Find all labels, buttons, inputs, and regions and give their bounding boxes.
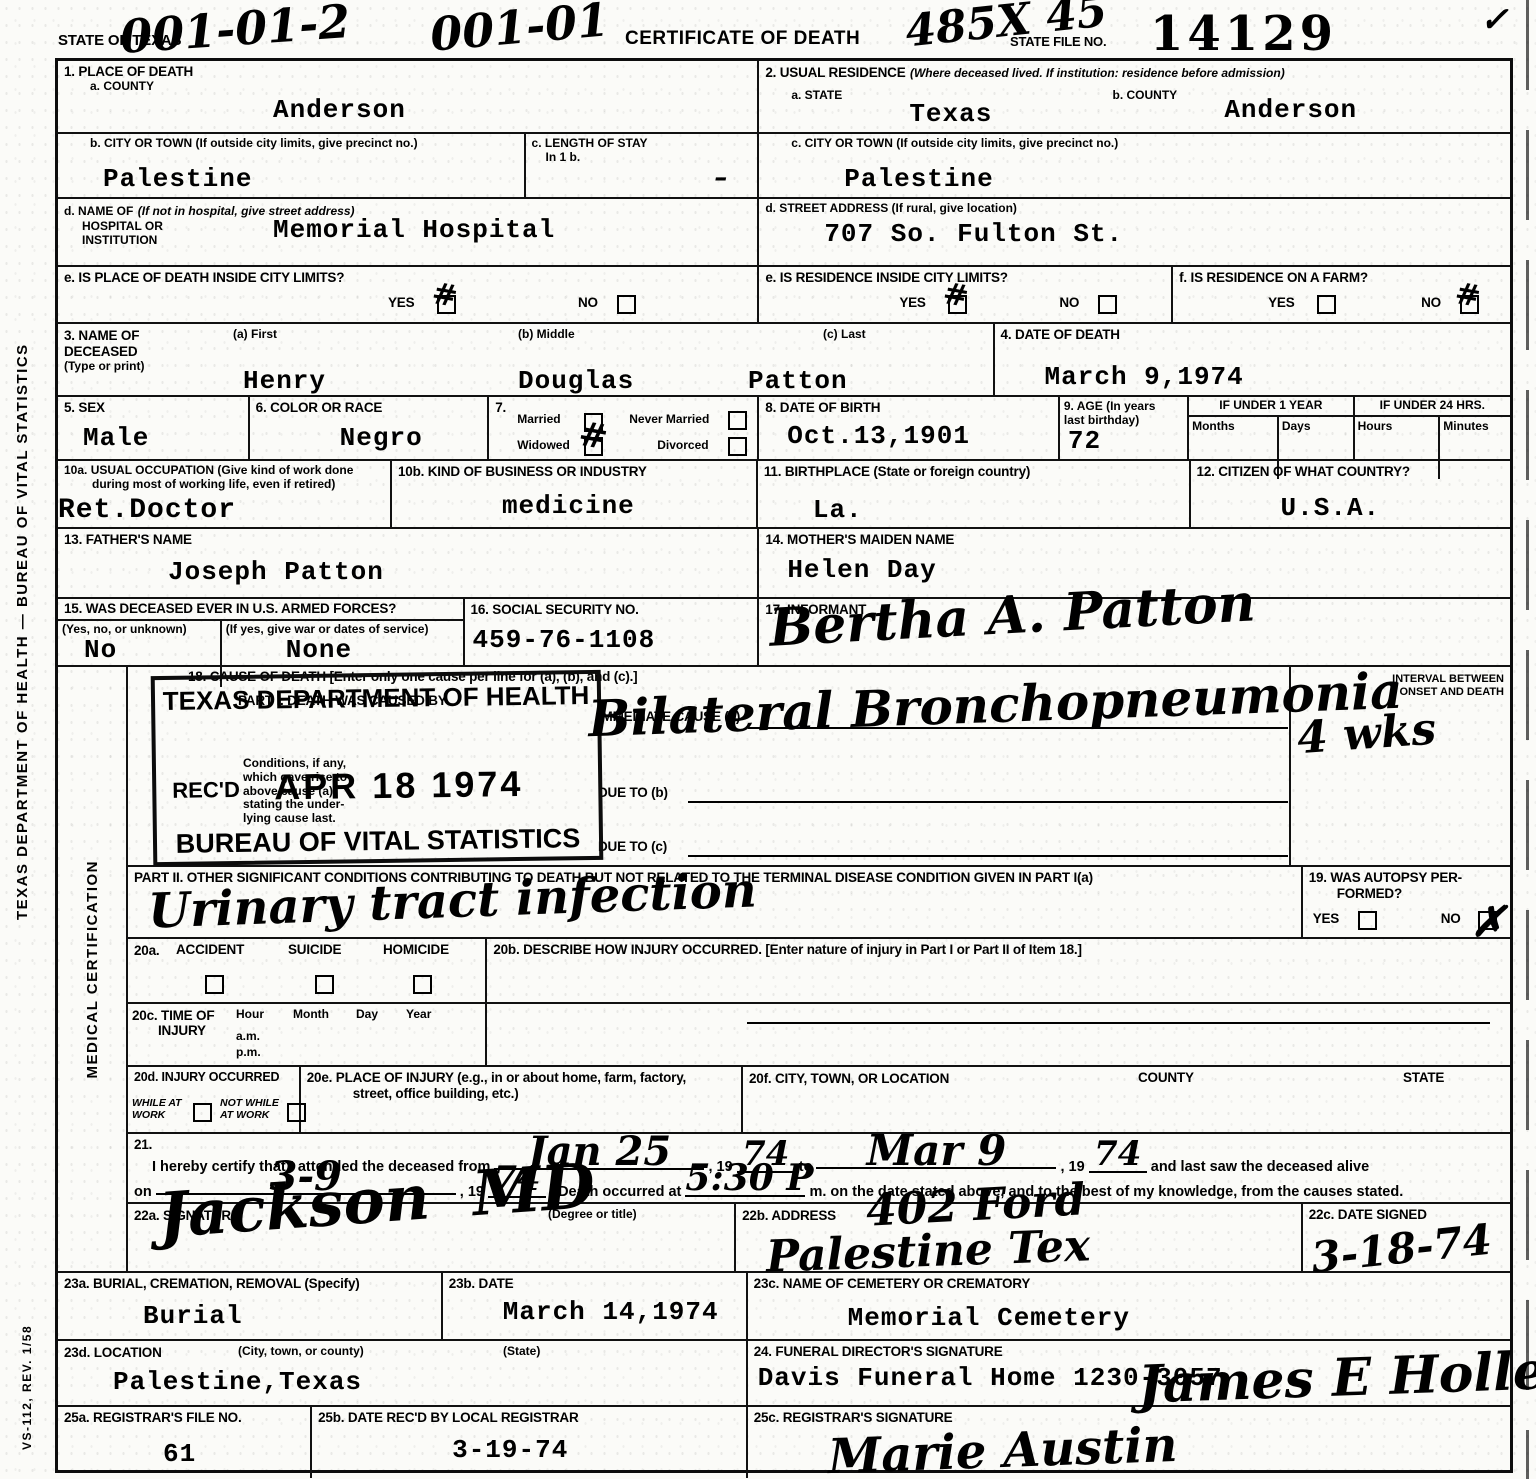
am-label: a.m.	[236, 1030, 260, 1044]
field-social-security: 16. SOCIAL SECURITY NO. 459-76-1108	[465, 599, 760, 665]
death-limits-yes-label: YES	[388, 295, 414, 311]
accident-label: ACCIDENT	[176, 942, 244, 958]
homicide-label: HOMICIDE	[383, 942, 449, 958]
middle-name-value: Douglas	[518, 368, 634, 394]
year-prefix-2: , 19	[1061, 1159, 1085, 1175]
first-name-label: (a) First	[233, 328, 277, 342]
first-name-value: Henry	[243, 368, 326, 394]
hospital-label-1: d. NAME OF	[64, 204, 133, 218]
field-informant: 17. INFORMANT Bertha A. Patton	[759, 599, 1510, 665]
deceased-label-1: 3. NAME OF	[64, 328, 139, 344]
stamp-recd-label: REC'D	[172, 777, 240, 804]
field-if-under-24-hrs: IF UNDER 24 HRS. Hours Minutes	[1355, 397, 1510, 459]
pm-label: p.m.	[236, 1046, 261, 1060]
address-label: 22b. ADDRESS	[742, 1208, 836, 1223]
citizen-value: U.S.A.	[1281, 495, 1381, 521]
medical-certification-label: MEDICAL CERTIFICATION	[84, 860, 101, 1078]
field-name-of-deceased: 3. NAME OF DECEASED (Type or print) (a) …	[58, 324, 995, 395]
place-of-injury-label-1: 20e. PLACE OF INJURY (e.g., in or about …	[307, 1070, 735, 1086]
field-registrar-signature: 25c. REGISTRAR'S SIGNATURE Marie Austin	[748, 1407, 1510, 1478]
while-at-label: WHILE AT	[132, 1097, 182, 1109]
field-death-inside-city-limits: e. IS PLACE OF DEATH INSIDE CITY LIMITS?…	[58, 267, 759, 322]
place-county-value: Anderson	[273, 97, 406, 123]
length-of-stay-value: –	[714, 163, 727, 193]
mother-label: 14. MOTHER'S MAIDEN NAME	[765, 532, 1504, 548]
farm-no-mark: #	[1453, 279, 1483, 313]
death-limits-yes-mark: #	[430, 279, 460, 313]
time-injury-label-2: INJURY	[158, 1023, 206, 1039]
citizen-label: 12. CITIZEN OF WHAT COUNTRY?	[1197, 464, 1504, 480]
under-24-label: IF UNDER 24 HRS.	[1355, 397, 1510, 417]
certify-text-2: and last saw the deceased alive	[1151, 1159, 1369, 1175]
field-length-of-stay: c. LENGTH OF STAY In 1 b. –	[526, 134, 760, 197]
date-of-death-label: 4. DATE OF DEATH	[1001, 327, 1504, 343]
while-at-work-label: WHILE AT WORK	[132, 1097, 182, 1121]
death-limits-yes-checkbox: #	[437, 295, 456, 314]
residence-limits-yes-mark: #	[941, 279, 971, 313]
residence-county-value: Anderson	[1224, 97, 1357, 123]
location-sub-1: (City, town, or county)	[238, 1345, 364, 1359]
residence-limits-no-checkbox	[1098, 295, 1117, 314]
injury-city-label: 20f. CITY, TOWN, OR LOCATION	[749, 1071, 949, 1086]
field-burial-date: 23b. DATE March 14,1974	[443, 1273, 748, 1339]
field-date-of-birth: 8. DATE OF BIRTH Oct.13,1901	[759, 397, 1060, 459]
farm-yes-checkbox	[1317, 295, 1336, 314]
date-received-label: 25b. DATE REC'D BY LOCAL REGISTRAR	[318, 1410, 740, 1426]
field-fathers-name: 13. FATHER'S NAME Joseph Patton	[58, 529, 759, 597]
stamp-date: APR 18 1974	[274, 763, 524, 808]
describe-injury-label: 20b. DESCRIBE HOW INJURY OCCURRED. [Ente…	[493, 942, 1504, 958]
burial-value: Burial	[143, 1303, 243, 1329]
county-label: a. COUNTY	[90, 80, 751, 94]
mother-value: Helen Day	[787, 557, 936, 583]
residence-city-value: Palestine	[844, 166, 993, 192]
scan-edge-shadow	[1526, 0, 1529, 1479]
year-2-line: 74	[1089, 1157, 1147, 1173]
field-birthplace: 11. BIRTHPLACE (State or foreign country…	[758, 461, 1191, 527]
last-name-label: (c) Last	[823, 328, 866, 342]
suicide-label: SUICIDE	[288, 942, 341, 958]
business-label: 10b. KIND OF BUSINESS OR INDUSTRY	[398, 464, 750, 480]
field-sex: 5. SEX Male	[58, 397, 250, 459]
residence-farm-label: f. IS RESIDENCE ON A FARM?	[1179, 270, 1504, 286]
widowed-checkbox	[584, 437, 603, 456]
death-certificate-scan: TEXAS DEPARTMENT OF HEALTH — BUREAU OF V…	[0, 0, 1536, 1479]
work-label: WORK	[132, 1109, 182, 1121]
farm-no-label: NO	[1421, 295, 1441, 311]
injury-answer-line	[747, 1022, 1490, 1024]
suicide-checkbox	[315, 975, 334, 994]
field-date-received: 25b. DATE REC'D BY LOCAL REGISTRAR 3-19-…	[312, 1407, 748, 1478]
length-of-stay-label: c. LENGTH OF STAY	[532, 137, 752, 151]
sex-label: 5. SEX	[64, 400, 242, 416]
ssn-label: 16. SOCIAL SECURITY NO.	[471, 602, 752, 618]
state-file-no-label: STATE FILE NO.	[1010, 34, 1106, 49]
attended-to-value: Mar 9	[867, 1147, 1007, 1155]
place-of-injury-label-2: street, office building, etc.)	[353, 1086, 735, 1102]
death-time-value: 5:30 P	[685, 1175, 813, 1182]
state-file-number: 14129	[1150, 6, 1337, 62]
field-physician-address: 22b. ADDRESS 402 Ford Palestine Tex	[736, 1204, 1303, 1271]
armed-forces-value-1: No	[84, 637, 216, 663]
farm-yes-label: YES	[1268, 295, 1294, 311]
autopsy-yes-label: YES	[1313, 911, 1339, 927]
armed-forces-label: 15. WAS DECEASED EVER IN U.S. ARMED FORC…	[58, 599, 463, 621]
field-if-under-1-year: IF UNDER 1 YEAR Months Days	[1189, 397, 1355, 459]
due-to-c-label: DUE TO (c)	[598, 839, 667, 855]
death-limits-no-checkbox	[617, 295, 636, 314]
hospital-value: Memorial Hospital	[273, 217, 555, 243]
field-color-or-race: 6. COLOR OR RACE Negro	[250, 397, 490, 459]
residence-limits-no-label: NO	[1059, 295, 1079, 311]
not-while-at-work-label: NOT WHILE AT WORK	[220, 1097, 279, 1121]
field-residence-inside-city-limits: e. IS RESIDENCE INSIDE CITY LIMITS? YES …	[759, 267, 1173, 322]
field-part2-conditions: PART II. OTHER SIGNIFICANT CONDITIONS CO…	[128, 867, 1303, 937]
left-margin-department-text: TEXAS DEPARTMENT OF HEALTH — BUREAU OF V…	[14, 240, 31, 920]
usual-residence-paren: (Where deceased lived. If institution: r…	[910, 66, 1285, 80]
injury-occurred-label: 20d. INJURY OCCURRED	[134, 1070, 293, 1085]
burial-label: 23a. BURIAL, CREMATION, REMOVAL (Specify…	[64, 1276, 435, 1292]
field-street-address: d. STREET ADDRESS (If rural, give locati…	[759, 199, 1510, 265]
armed-forces-value-2: None	[286, 637, 429, 663]
injury-county-label: COUNTY	[1138, 1070, 1194, 1086]
due-to-b-label: DUE TO (b)	[598, 785, 668, 801]
birthplace-label: 11. BIRTHPLACE (State or foreign country…	[764, 464, 1183, 480]
time-injury-label-1: 20c. TIME OF	[132, 1008, 214, 1024]
field-armed-forces: 15. WAS DECEASED EVER IN U.S. ARMED FORC…	[58, 599, 465, 665]
field-accident-suicide-homicide: 20a. ACCIDENT SUICIDE HOMICIDE	[128, 939, 487, 1002]
received-stamp: TEXAS DEPARTMENT OF HEALTH REC'D APR 18 …	[151, 670, 604, 866]
place-of-death-title: 1. PLACE OF DEATH	[64, 64, 751, 80]
residence-state-label: a. STATE	[791, 88, 842, 102]
burial-date-value: March 14,1974	[503, 1299, 719, 1325]
registrar-file-label: 25a. REGISTRAR'S FILE NO.	[64, 1410, 304, 1426]
never-married-label: Never Married	[629, 413, 709, 427]
business-value: medicine	[502, 493, 635, 519]
age-value: 72	[1068, 428, 1183, 454]
accident-checkbox	[205, 975, 224, 994]
field-describe-injury: 20b. DESCRIBE HOW INJURY OCCURRED. [Ente…	[487, 939, 1510, 1002]
divorced-label: Divorced	[657, 439, 708, 453]
autopsy-no-mark: ✗	[1471, 901, 1506, 943]
item-21-label: 21.	[134, 1137, 1504, 1153]
autopsy-no-label: NO	[1441, 911, 1461, 927]
burial-date-label: 23b. DATE	[449, 1276, 740, 1292]
autopsy-label-1: 19. WAS AUTOPSY PER-	[1309, 870, 1504, 886]
field-time-of-injury: 20c. TIME OF INJURY Hour Month Day Year …	[128, 1004, 487, 1065]
location-sub-2: (State)	[503, 1345, 540, 1359]
farm-no-checkbox: #	[1460, 295, 1479, 314]
attended-to-line: Mar 9	[816, 1153, 1056, 1169]
birthplace-value: La.	[813, 497, 863, 523]
location-value: Palestine,Texas	[113, 1369, 362, 1395]
field-cause-of-death: 18. CAUSE OF DEATH [Enter only one cause…	[128, 667, 1510, 865]
certificate-title: CERTIFICATE OF DEATH	[625, 28, 860, 50]
ssn-value: 459-76-1108	[473, 627, 656, 653]
last-name-value: Patton	[748, 368, 848, 394]
field-injury-city-county-state: 20f. CITY, TOWN, OR LOCATION COUNTY STAT…	[743, 1067, 1510, 1132]
cemetery-value: Memorial Cemetery	[848, 1305, 1130, 1331]
age-label-1: 9. AGE (In years	[1064, 400, 1183, 414]
field-date-of-death: 4. DATE OF DEATH March 9,1974	[995, 324, 1510, 395]
on-text: on	[134, 1184, 152, 1200]
field-registrar-file-no: 25a. REGISTRAR'S FILE NO. 61	[58, 1407, 312, 1478]
handwritten-code-2: 001-01	[428, 0, 611, 62]
field-place-city: b. CITY OR TOWN (If outside city limits,…	[58, 134, 526, 197]
married-checkbox: #	[584, 413, 603, 432]
race-label: 6. COLOR OR RACE	[256, 400, 482, 416]
while-at-work-checkbox	[193, 1103, 212, 1122]
occupation-value: Ret.Doctor	[58, 497, 236, 525]
certificate-form: 1. PLACE OF DEATH a. COUNTY Anderson 2. …	[55, 58, 1513, 1473]
father-value: Joseph Patton	[168, 559, 384, 585]
handwritten-code-1: 001-01-2	[118, 0, 351, 64]
field-place-of-death-county: 1. PLACE OF DEATH a. COUNTY Anderson	[58, 61, 759, 132]
due-to-b-line	[688, 801, 1288, 803]
field-burial-cremation: 23a. BURIAL, CREMATION, REMOVAL (Specify…	[58, 1273, 443, 1339]
under-1-year-label: IF UNDER 1 YEAR	[1189, 397, 1353, 417]
residence-limits-yes-label: YES	[899, 295, 925, 311]
usual-residence-title: 2. USUAL RESIDENCE	[765, 65, 905, 80]
residence-state-value: Texas	[909, 101, 992, 127]
married-label: Married	[517, 413, 560, 427]
field-autopsy: 19. WAS AUTOPSY PER- FORMED? YES NO ✗	[1303, 867, 1510, 937]
at-work-label: AT WORK	[220, 1109, 279, 1121]
death-city-limits-label: e. IS PLACE OF DEATH INSIDE CITY LIMITS?	[64, 270, 751, 286]
medical-certification-block: MEDICAL CERTIFICATION 18. CAUSE OF DEATH…	[58, 667, 1510, 1271]
not-while-label: NOT WHILE	[220, 1097, 279, 1109]
field-injury-occurred: 20d. INJURY OCCURRED WHILE AT WORK NOT W…	[128, 1067, 301, 1132]
hour-label: Hour	[236, 1008, 264, 1022]
medical-certification-strip: MEDICAL CERTIFICATION	[58, 667, 128, 1271]
field-usual-residence: 2. USUAL RESIDENCE (Where deceased lived…	[759, 61, 1510, 132]
race-value: Negro	[340, 425, 423, 451]
due-to-c-line	[688, 855, 1288, 857]
residence-limits-yes-checkbox: #	[948, 295, 967, 314]
field-citizen-country: 12. CITIZEN OF WHAT COUNTRY? U.S.A.	[1191, 461, 1510, 527]
field-20c-blank	[487, 1004, 1510, 1065]
field-age: 9. AGE (In years last birthday) 72	[1060, 397, 1189, 459]
field-residence-city: c. CITY OR TOWN (If outside city limits,…	[759, 134, 1510, 197]
death-limits-no-label: NO	[578, 295, 598, 311]
residence-county-label: b. COUNTY	[1112, 88, 1177, 102]
autopsy-no-checkbox: ✗	[1478, 911, 1497, 930]
place-city-label: b. CITY OR TOWN (If outside city limits,…	[90, 137, 518, 151]
year-label: Year	[406, 1008, 431, 1022]
immediate-cause-value: Bilateral Bronchopneumonia	[587, 661, 1403, 748]
date-of-death-value: March 9,1974	[1045, 364, 1244, 390]
field-marital-status: 7. Married # Never Married Widowed Divor…	[489, 397, 759, 459]
autopsy-yes-checkbox	[1358, 911, 1377, 930]
location-label: 23d. LOCATION	[64, 1345, 162, 1360]
handwritten-tick: ✓	[1480, 0, 1509, 40]
form-code: VS-112, REV. 1/58	[20, 1290, 34, 1450]
street-address-value: 707 So. Fulton St.	[824, 221, 1123, 247]
item-20a-label: 20a.	[134, 943, 159, 958]
dob-value: Oct.13,1901	[787, 423, 970, 449]
father-label: 13. FATHER'S NAME	[64, 532, 751, 548]
registrar-signature-value: Marie Austin	[827, 1417, 1178, 1479]
field-residence-on-farm: f. IS RESIDENCE ON A FARM? YES NO #	[1173, 267, 1510, 322]
street-address-label: d. STREET ADDRESS (If rural, give locati…	[765, 202, 1504, 216]
sex-value: Male	[83, 425, 149, 451]
field-physician-signature: 22a. SIGNATURE (Degree or title) Jackson…	[128, 1204, 736, 1271]
never-married-checkbox	[728, 411, 747, 430]
injury-state-label: STATE	[1403, 1070, 1444, 1086]
field-burial-location: 23d. LOCATION (City, town, or county) (S…	[58, 1341, 748, 1405]
deceased-label-3: (Type or print)	[64, 360, 144, 374]
occupation-label-1: 10a. USUAL OCCUPATION (Give kind of work…	[64, 464, 384, 478]
place-city-value: Palestine	[103, 166, 252, 192]
middle-name-label: (b) Middle	[518, 328, 575, 342]
deceased-label-2: DECEASED	[64, 344, 137, 360]
field-date-signed: 22c. DATE SIGNED 3-18-74	[1303, 1204, 1510, 1271]
field-kind-of-business: 10b. KIND OF BUSINESS OR INDUSTRY medici…	[392, 461, 758, 527]
date-received-value: 3-19-74	[452, 1437, 568, 1463]
field-place-of-injury: 20e. PLACE OF INJURY (e.g., in or about …	[301, 1067, 743, 1132]
registrar-file-value: 61	[163, 1441, 196, 1467]
stamp-line-3: BUREAU OF VITAL STATISTICS	[157, 825, 599, 858]
divorced-checkbox	[728, 437, 747, 456]
residence-city-label: c. CITY OR TOWN (If outside city limits,…	[791, 137, 1504, 151]
occupation-label-2: during most of working life, even if ret…	[92, 478, 384, 492]
field-hospital: d. NAME OF (If not in hospital, give str…	[58, 199, 759, 265]
year-2-value: 74	[1094, 1151, 1141, 1158]
stamp-line-1: TEXAS DEPARTMENT OF HEALTH	[155, 682, 597, 714]
widowed-label: Widowed	[517, 439, 570, 453]
field-cemetery-name: 23c. NAME OF CEMETERY OR CREMATORY Memor…	[748, 1273, 1510, 1339]
day-label: Day	[356, 1008, 378, 1022]
death-time-line: 5:30 P	[685, 1181, 805, 1197]
homicide-checkbox	[413, 975, 432, 994]
field-funeral-director: 24. FUNERAL DIRECTOR'S SIGNATURE Davis F…	[748, 1341, 1510, 1405]
month-label: Month	[293, 1008, 329, 1022]
field-usual-occupation: 10a. USUAL OCCUPATION (Give kind of work…	[58, 461, 392, 527]
dob-label: 8. DATE OF BIRTH	[765, 400, 1052, 416]
